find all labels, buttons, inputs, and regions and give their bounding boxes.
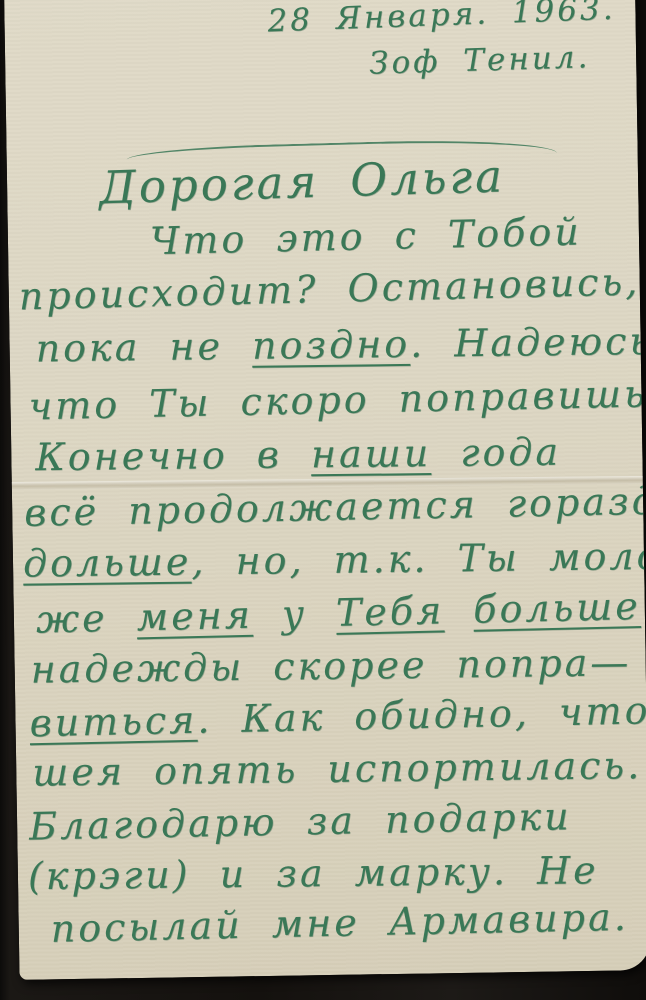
- scan-background: 28 Января. 1963. Зоф Тенил. Дорогая Ольг…: [0, 0, 646, 1000]
- letter-line: пока не поздно. Надеюсь,: [35, 319, 646, 371]
- place-line: Зоф Тенил.: [369, 39, 591, 82]
- letter-line: дольше, но, т.к. Ты моло-: [23, 534, 646, 586]
- letter-line: виться. Как обидно, что: [29, 688, 646, 745]
- letter-line: что Ты скоро поправишься.: [28, 370, 646, 428]
- letter-paper: 28 Января. 1963. Зоф Тенил. Дорогая Ольг…: [4, 0, 646, 980]
- letter-line: надежды скорее попра—: [30, 640, 631, 691]
- letter-line: шея опять испортилась.: [32, 743, 642, 794]
- letter-line: Дорогая Ольга: [98, 149, 505, 214]
- letter-line: происходит? Остановись,: [18, 259, 640, 318]
- letter-line: же меня у Тебя больше: [35, 584, 641, 642]
- letter-line: Конечно в наши года: [35, 430, 561, 480]
- letter-line: (крэги) и за марку. Не: [28, 848, 599, 898]
- letter-line: Благодарю за подарки: [29, 794, 572, 848]
- letter-line: Что это с Тобой: [150, 209, 583, 263]
- letter-line: всё продолжается гораздо: [24, 478, 646, 535]
- date-line: 28 Января. 1963.: [267, 0, 616, 39]
- letter-line: посылай мне Армавира.: [50, 895, 629, 951]
